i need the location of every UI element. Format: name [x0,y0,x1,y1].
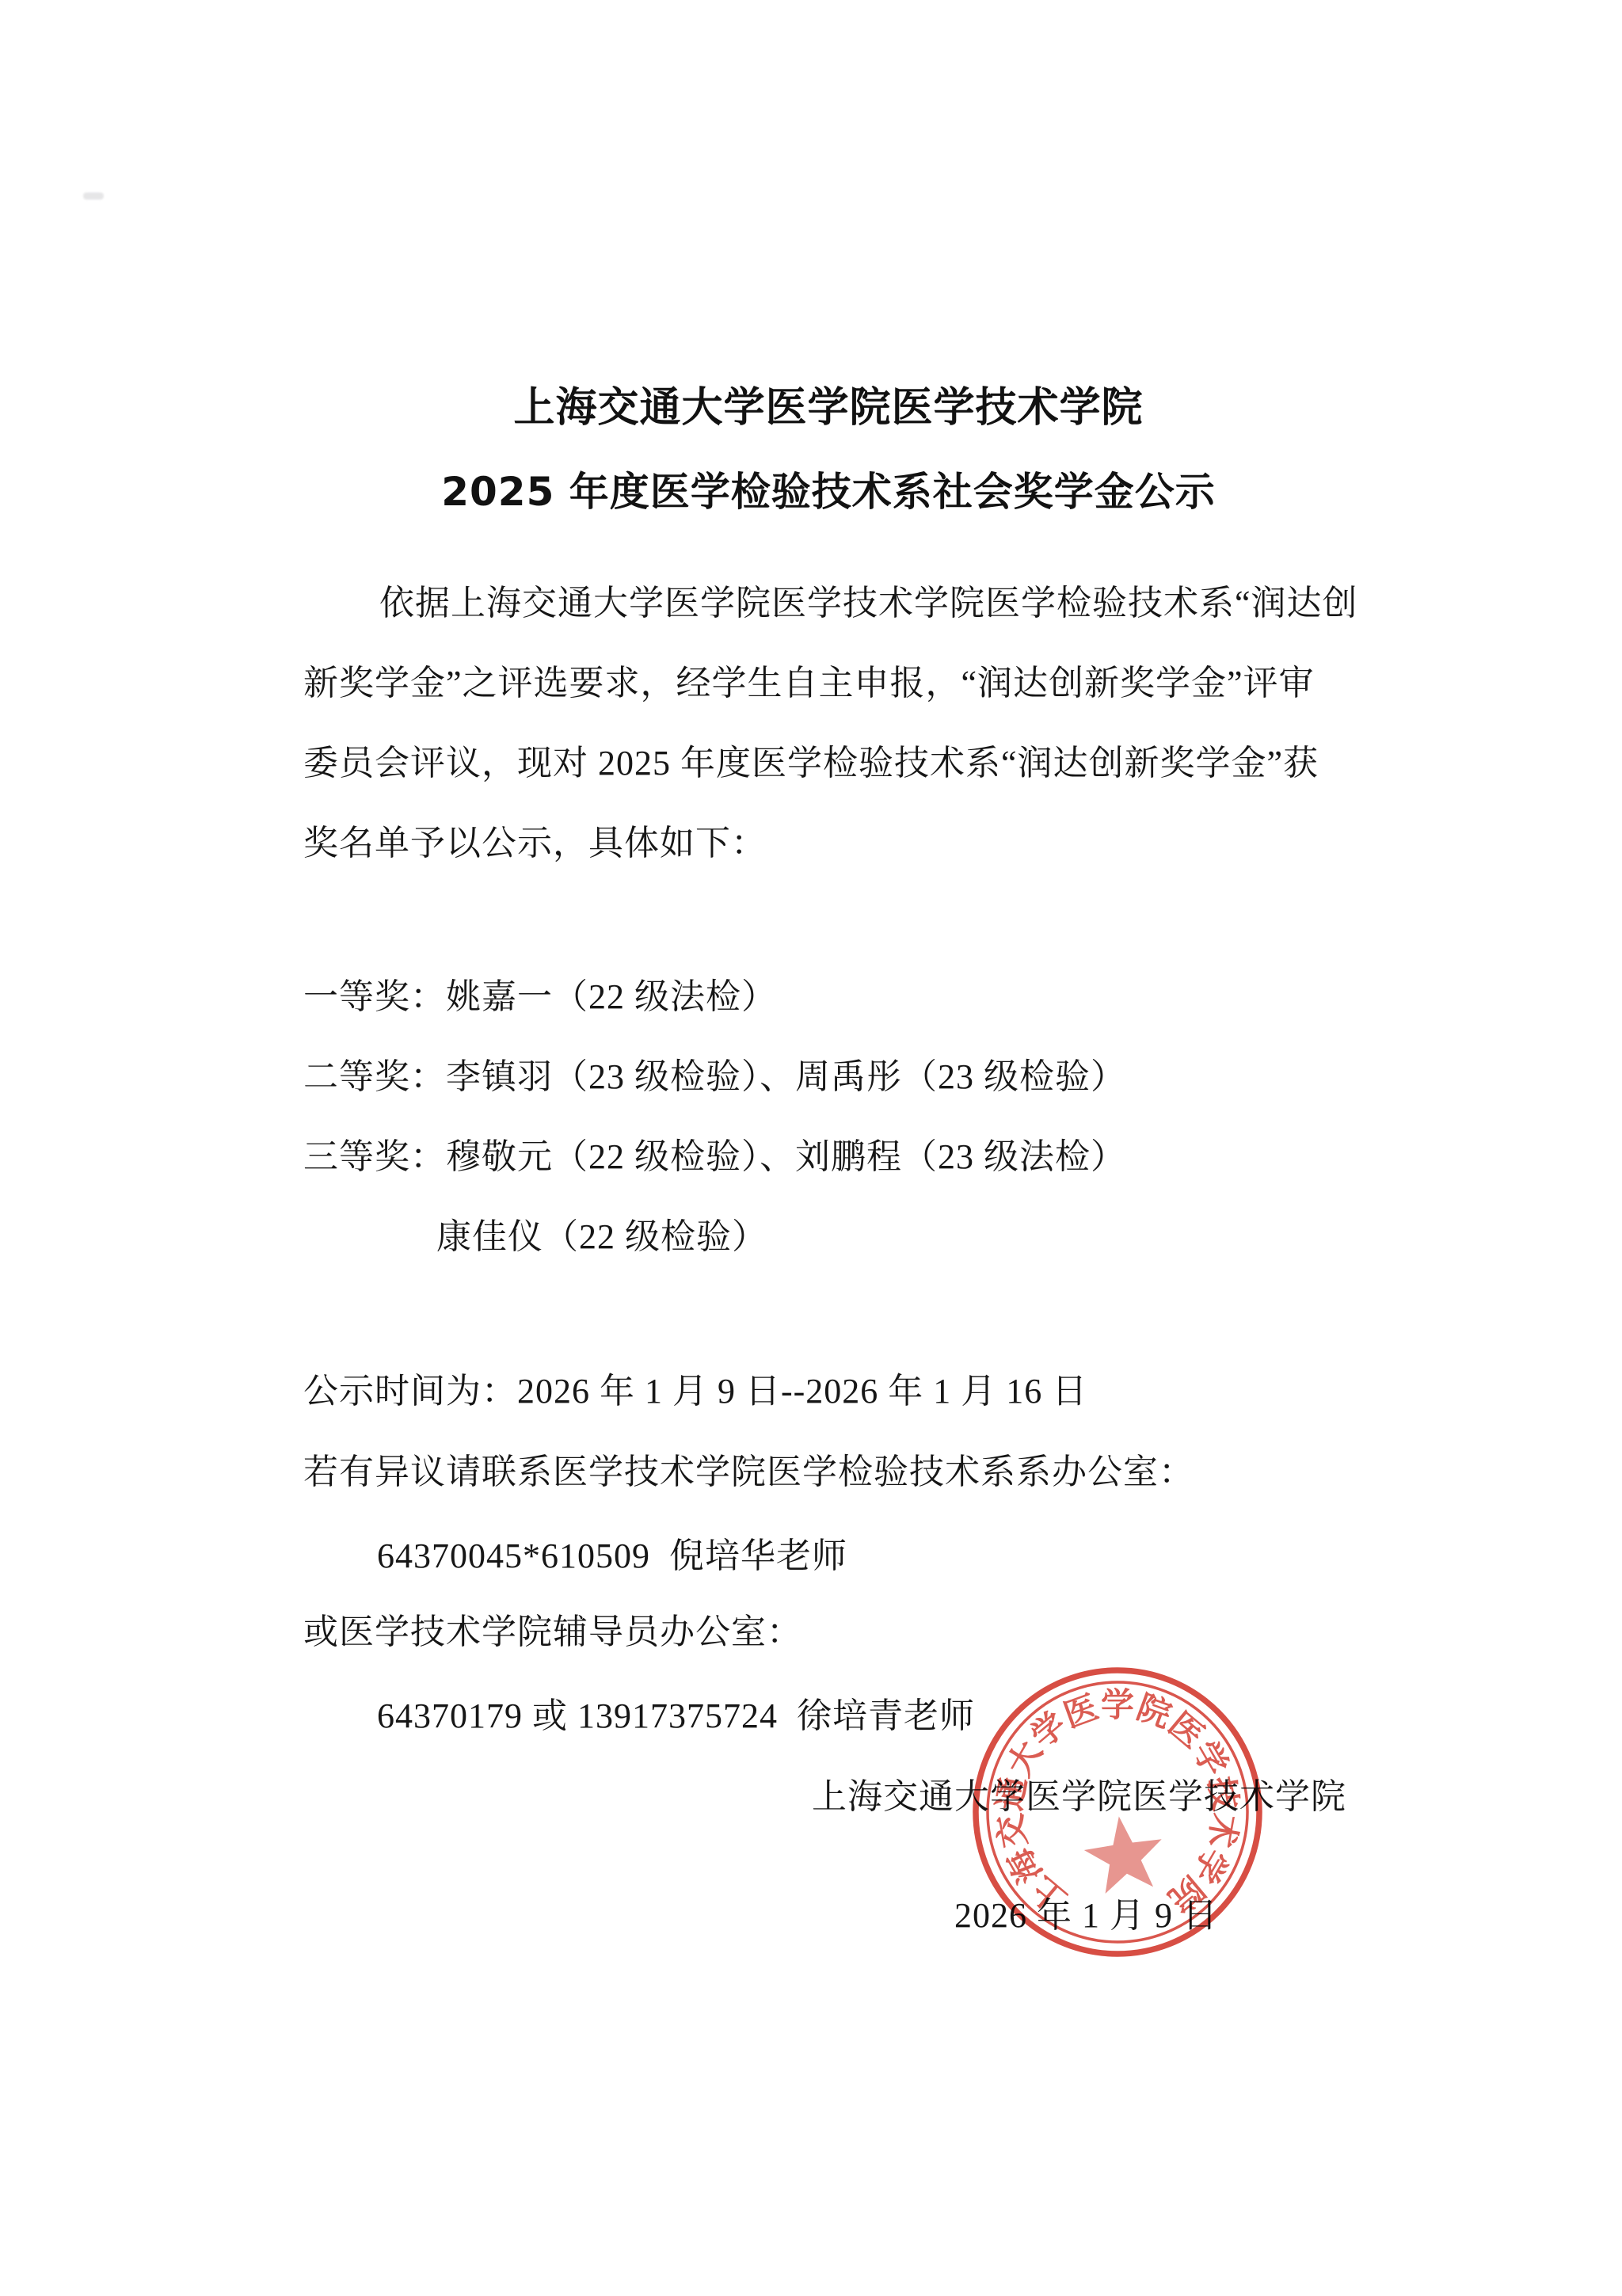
body-paragraph-line2: 新奖学金”之评选要求，经学生自主申报，“润达创新奖学金”评审 [303,663,1315,704]
counselor-phone-contact: 64370179 或 13917375724 徐培青老师 [377,1696,975,1737]
award-third-prize: 三等奖：穆敬元（22 级检验）、刘鹏程（23 级法检） [303,1137,1126,1178]
svg-text:学: 学 [1101,1687,1134,1724]
dept-office-phone-contact: 64370045*610509 倪培华老师 [377,1536,847,1577]
counselor-office-intro: 或医学技术学院辅导员办公室： [303,1612,802,1653]
seal-ring-text: 上海交通大学医学院医学技术学院 [992,1687,1244,1918]
scanned-announcement-page: 上海交通大学医学院医学技术学院 2025 年度医学检验技术系社会奖学金公示 依据… [0,0,1622,2296]
svg-text:交: 交 [992,1811,1034,1851]
body-paragraph-line1: 依据上海交通大学医学院医学技术学院医学检验技术系“润达创 [303,583,1358,624]
publicity-period: 公示时间为：2026 年 1 月 9 日--2026 年 1 月 16 日 [303,1371,1087,1412]
award-second-prize: 二等奖：李镇羽（23 级检验）、周禹彤（23 级检验） [303,1057,1126,1098]
document-title-line2: 2025 年度医学检验技术系社会奖学金公示 [0,460,1622,517]
svg-text:技: 技 [1201,1774,1244,1814]
scan-artifact-speck [83,192,104,200]
award-third-prize-continued: 康佳仪（22 级检验） [436,1217,767,1258]
body-paragraph-line3: 委员会评议，现对 2025 年度医学检验技术系“润达创新奖学金”获 [303,743,1319,784]
official-red-seal-stamp: 上海交通大学医学院医学技术学院 [951,1646,1284,1978]
body-paragraph-line4: 奖名单予以公示，具体如下： [303,823,767,864]
document-title-line1: 上海交通大学医学院医学技术学院 [0,374,1622,433]
objection-contact-intro: 若有异议请联系医学技术学院医学检验技术系系办公室： [303,1452,1194,1493]
award-first-prize: 一等奖：姚嘉一（22 级法检） [303,977,777,1018]
seal-star-icon [1084,1817,1162,1894]
